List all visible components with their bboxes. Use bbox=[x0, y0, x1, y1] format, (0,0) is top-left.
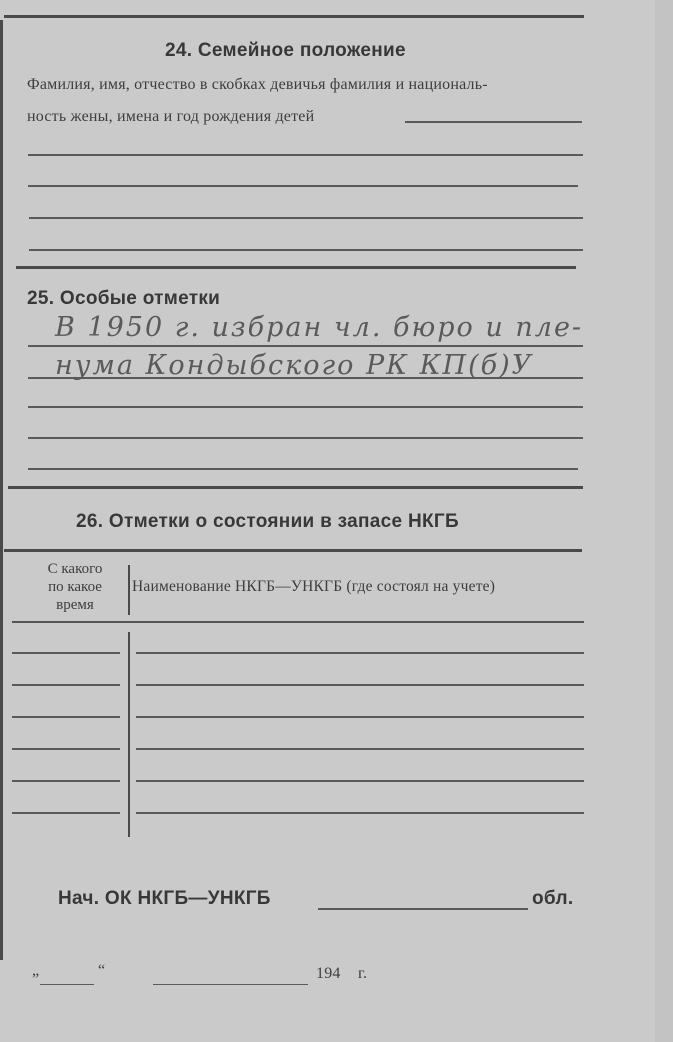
period-field-line[interactable] bbox=[12, 652, 120, 654]
col-name-header: Наименование НКГБ—УНКГБ (где состоял на … bbox=[132, 578, 495, 596]
date-day-field[interactable] bbox=[40, 984, 94, 985]
family-field-line[interactable] bbox=[405, 121, 582, 123]
table-header-rule bbox=[12, 621, 584, 623]
agency-name-field-line[interactable] bbox=[136, 684, 584, 686]
period-field-line[interactable] bbox=[12, 684, 120, 686]
family-field-line[interactable] bbox=[29, 249, 583, 251]
table-column-divider bbox=[128, 737, 130, 837]
agency-name-field-line[interactable] bbox=[136, 748, 584, 750]
agency-name-field-line[interactable] bbox=[136, 812, 584, 814]
agency-name-field-line[interactable] bbox=[136, 716, 584, 718]
section-divider bbox=[16, 266, 576, 269]
table-column-divider bbox=[128, 632, 130, 742]
signature-label: Нач. ОК НКГБ—УНКГБ bbox=[58, 888, 271, 910]
period-field-line[interactable] bbox=[12, 812, 120, 814]
form-page: 24. Семейное положение Фамилия, имя, отч… bbox=[0, 0, 673, 1042]
family-field-line[interactable] bbox=[28, 185, 578, 187]
signature-field-line[interactable] bbox=[318, 908, 528, 910]
section-24-title: 24. Семейное положение bbox=[165, 40, 406, 62]
section-divider bbox=[8, 486, 583, 489]
period-field-line[interactable] bbox=[12, 780, 120, 782]
col-period-header-line: время bbox=[30, 596, 120, 614]
notes-field-line[interactable] bbox=[28, 345, 583, 347]
page-edge bbox=[655, 0, 673, 1042]
section-26-title: 26. Отметки о состоянии в запасе НКГБ bbox=[76, 511, 459, 533]
table-column-divider bbox=[128, 565, 130, 615]
region-suffix: обл. bbox=[532, 888, 573, 910]
date-open-quote: „ bbox=[32, 962, 39, 980]
table-top-rule bbox=[4, 549, 582, 552]
col-period-header-line: по какое bbox=[30, 578, 120, 596]
agency-name-field-line[interactable] bbox=[136, 652, 584, 654]
section-25-title: 25. Особые отметки bbox=[27, 288, 220, 310]
family-field-line[interactable] bbox=[28, 154, 583, 156]
date-year-suffix: г. bbox=[358, 965, 367, 983]
period-field-line[interactable] bbox=[12, 716, 120, 718]
notes-field-line[interactable] bbox=[28, 468, 578, 470]
date-month-field[interactable] bbox=[153, 984, 308, 985]
top-rule bbox=[4, 15, 584, 18]
col-period-header: С какого по какое время bbox=[30, 560, 120, 614]
notes-field-line[interactable] bbox=[28, 377, 583, 379]
col-period-header-line: С какого bbox=[30, 560, 120, 578]
date-year-prefix: 194 bbox=[316, 965, 341, 983]
handwritten-note-line-1: В 1950 г. избран чл. бюро и пле- bbox=[55, 312, 583, 343]
section-24-instruction-2: ность жены, имена и год рождения детей bbox=[27, 108, 314, 126]
notes-field-line[interactable] bbox=[28, 437, 583, 439]
left-border bbox=[0, 20, 3, 960]
period-field-line[interactable] bbox=[12, 748, 120, 750]
agency-name-field-line[interactable] bbox=[136, 780, 584, 782]
notes-field-line[interactable] bbox=[28, 406, 583, 408]
family-field-line[interactable] bbox=[29, 217, 583, 219]
section-24-instruction-1: Фамилия, имя, отчество в скобках девичья… bbox=[27, 76, 488, 94]
date-close-quote: “ bbox=[98, 962, 105, 980]
